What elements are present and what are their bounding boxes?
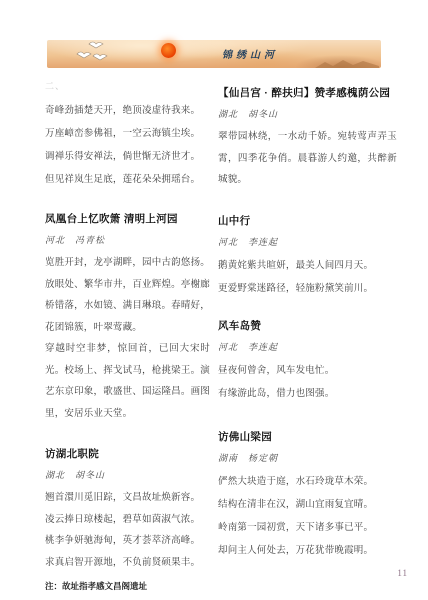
- author-line: 湖北 胡冬山: [45, 469, 210, 482]
- author-line: 湖南 杨定朝: [218, 452, 397, 465]
- poem-line: 却问主人何处去，万花犹带晚霞明。: [218, 540, 397, 563]
- poem-body: 俨然大块造于庭，水石玲珑草木荣。 结构在清非在汉，湖山宜雨复宜晴。 岭南第一园初…: [218, 471, 397, 563]
- author-line: 河北 冯青松: [45, 234, 210, 247]
- poem-line: 昼夜何曾舍，风车发电忙。: [218, 360, 397, 383]
- left-column: 二、 奇峰劲插楚天开，绝顶凌虚待我来。 万座嶂峦参佛祖，一空云海镇尘埃。 调禅乐…: [45, 80, 210, 592]
- footnote: 注：故址指孝感文昌阁遗址: [45, 580, 210, 592]
- ci-paragraph: 穿越时空非梦，惊回首，已回大宋时光。校场上、挥戈试马，枪挑梁王。演艺东京印象，歌…: [45, 339, 210, 425]
- cranes-icon: [73, 41, 127, 67]
- poem-body: 昼夜何曾舍，风车发电忙。 有缘游此岛，借力也图强。: [218, 360, 397, 406]
- poem-line: 凌云捧日琼楼起，碧草如茵淑气浓。: [45, 510, 210, 532]
- section-title-fengchedao: 风车岛赞: [218, 315, 397, 337]
- poem-body: 翘首澴川觅旧踪，文昌故址焕新容。 凌云捧日琼楼起，碧草如茵淑气浓。 桃李争妍驰海…: [45, 488, 210, 574]
- section-title-liangyuan: 访佛山梁园: [218, 426, 397, 448]
- author-line: 河北 李连起: [218, 236, 397, 249]
- document-page: 锦绣山河 二、 奇峰劲插楚天开，绝顶凌虚待我来。 万座嶂峦参佛祖，一空云海镇尘埃…: [0, 0, 428, 600]
- poem-body: 鹅黄姹紫共暄妍，最美人间四月天。 更爱野棠迷路径，轻施粉黛笑前川。: [218, 255, 397, 301]
- poem-line: 调禅乐得安禅法，倘世惭无济世才。: [45, 146, 210, 169]
- author-line: 湖北 胡冬山: [218, 108, 397, 121]
- poem-line: 鹅黄姹紫共暄妍，最美人间四月天。: [218, 255, 397, 278]
- section-title-zuifugui: 【仙吕宫 · 醉扶归】赞孝感槐荫公园: [218, 82, 397, 104]
- poem-line: 有缘游此岛，借力也图强。: [218, 383, 397, 406]
- section-title-shanzhongxing: 山中行: [218, 210, 397, 232]
- section-title-qingming: 凤凰台上忆吹箫 清明上河园: [45, 208, 210, 230]
- poem-line: 翘首澴川觅旧踪，文昌故址焕新容。: [45, 488, 210, 510]
- poem-line: 万座嶂峦参佛祖，一空云海镇尘埃。: [45, 123, 210, 146]
- poem-line: 岭南第一园初赏，天下诸多事已平。: [218, 517, 397, 540]
- poem-line: 奇峰劲插楚天开，绝顶凌虚待我来。: [45, 100, 210, 123]
- page-number: 11: [397, 568, 408, 578]
- qu-paragraph: 翠带园林绕，一水动千娇。宛转莺声弄玉霄，四季花争俏。晨暮游人约邀，共醉新城貌。: [218, 127, 397, 192]
- section-title-hubei-zhiyuan: 访湖北职院: [45, 443, 210, 465]
- untitled-poem: 奇峰劲插楚天开，绝顶凌虚待我来。 万座嶂峦参佛祖，一空云海镇尘埃。 调禅乐得安禅…: [45, 100, 210, 192]
- poem-line: 桃李争妍驰海甸，英才荟萃济高峰。: [45, 531, 210, 553]
- poem-line: 更爱野棠迷路径，轻施粉黛笑前川。: [218, 278, 397, 301]
- poem-line: 但见祥岚生足底，莲花朵朵拥瑶台。: [45, 169, 210, 192]
- right-column: 【仙吕宫 · 醉扶归】赞孝感槐荫公园 湖北 胡冬山 翠带园林绕，一水动千娇。宛转…: [218, 82, 397, 563]
- ci-paragraph: 览胜开封，龙亭湖畔，园中古韵悠扬。放眼处、繁华市井，百业辉煌。亭榭廊桥错落，水如…: [45, 253, 210, 339]
- author-line: 河北 李连起: [218, 341, 397, 354]
- poem-line: 俨然大块造于庭，水石玲珑草木荣。: [218, 471, 397, 494]
- poem-line: 求真启智开源地，不负前贤硕果丰。: [45, 553, 210, 575]
- sun-icon: [161, 43, 176, 58]
- mountains-icon: [315, 56, 379, 68]
- banner-title: 锦绣山河: [195, 46, 305, 61]
- list-marker: 二、: [45, 80, 210, 92]
- header-banner-image: 锦绣山河: [47, 40, 381, 68]
- poem-line: 结构在清非在汉，湖山宜雨复宜晴。: [218, 494, 397, 517]
